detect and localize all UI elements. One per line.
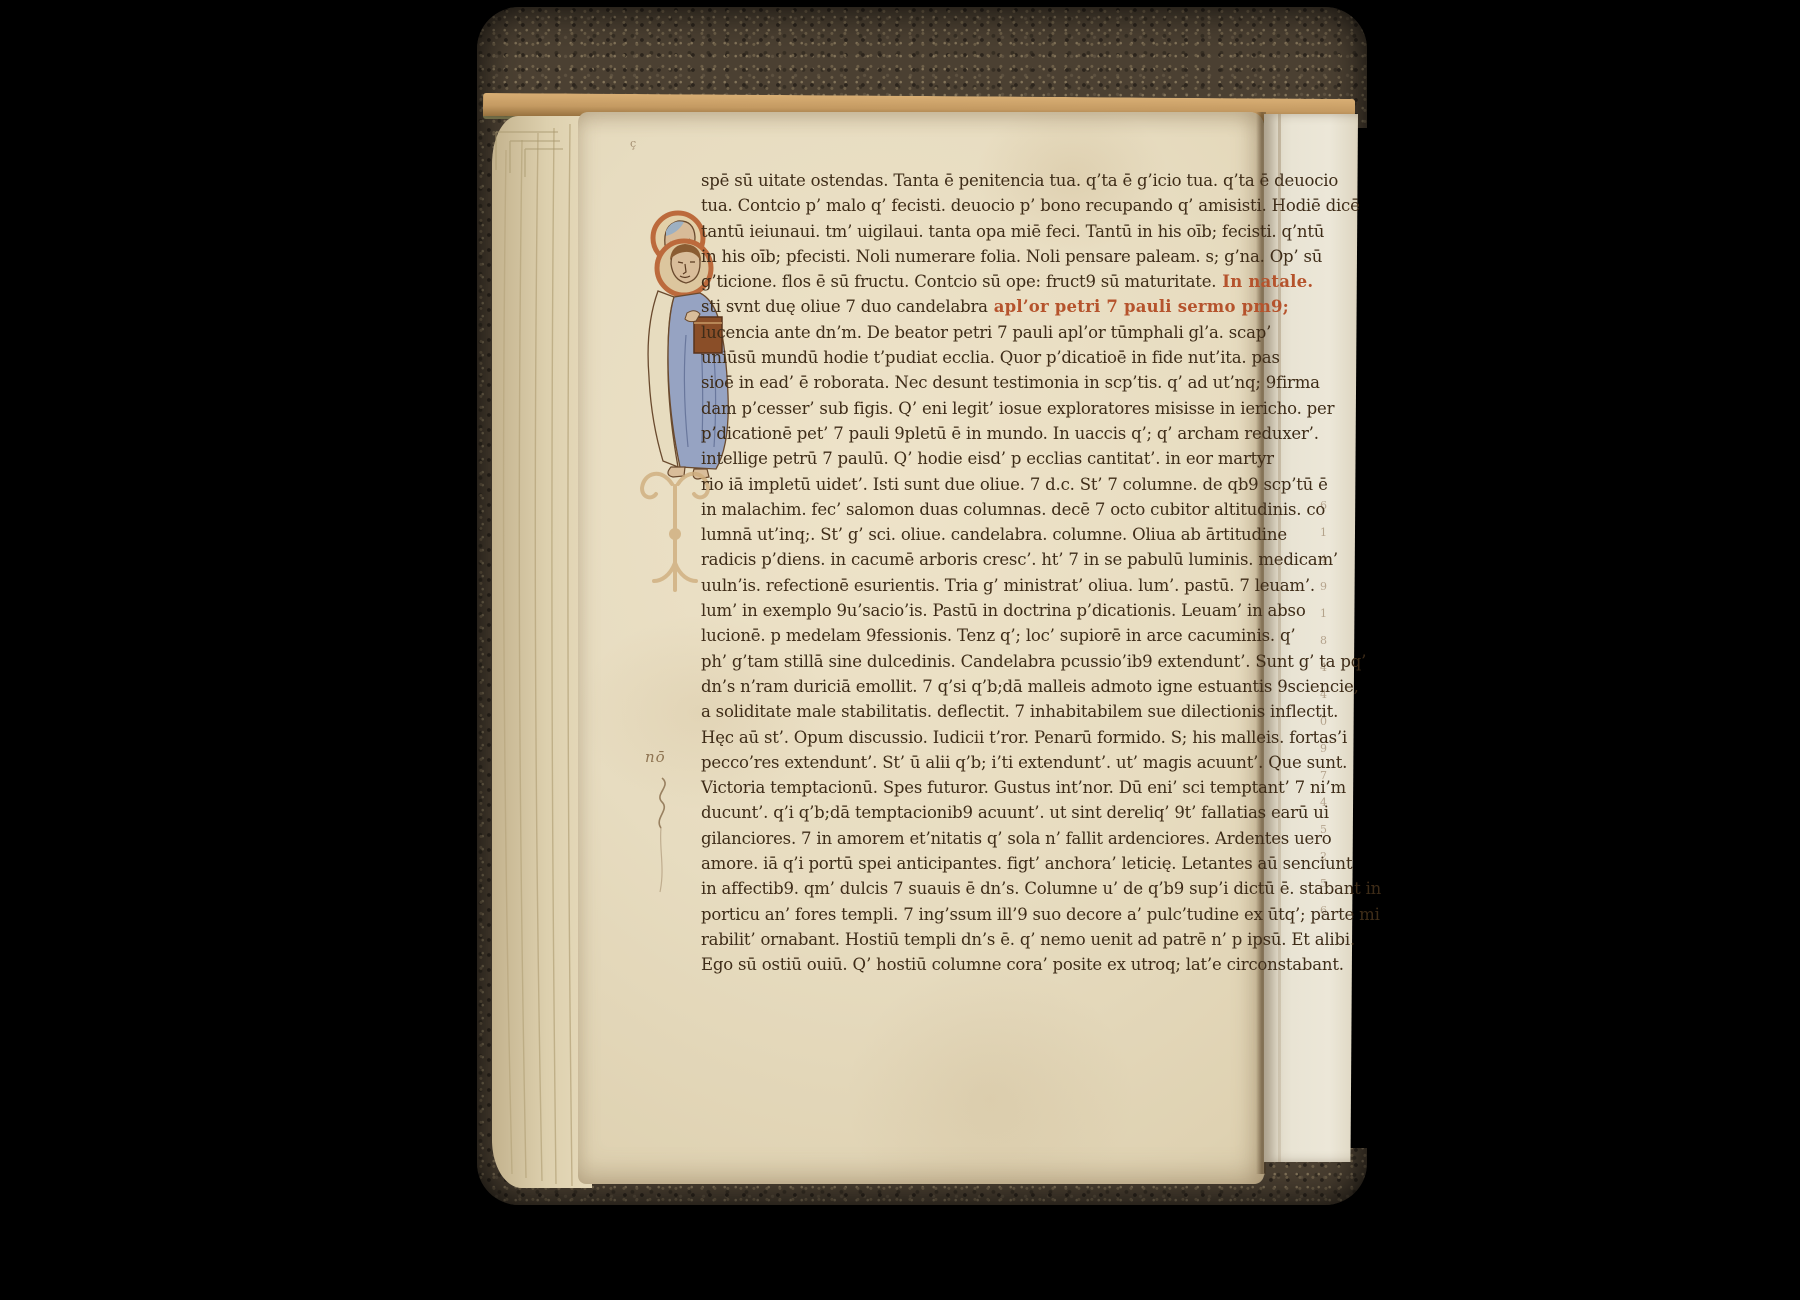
edge-glyph: 8 [1320, 635, 1327, 646]
line-ink-text: g’ticione. flos ē sū fructu. Contcio sū … [701, 272, 1216, 291]
text-line: in affectib9. qm’ dulcis 7 suauis ē dn’s… [701, 876, 1253, 901]
text-line: tantū ieiunaui. tm’ uigilaui. tanta opa … [701, 219, 1253, 244]
text-line: Hęc aū st’. Opum discussio. Iudicii t’ro… [701, 725, 1253, 750]
text-line: lucionē. p medelam 9fessionis. Tenz q’; … [701, 623, 1253, 648]
line-ink-text: dam p’cesser’ sub figis. Q’ eni legit’ i… [701, 399, 1334, 418]
text-line: radicis p’diens. in cacumē arboris cresc… [701, 547, 1253, 572]
manuscript-photo: 6149184409745256 [0, 0, 1800, 1300]
line-ink-text: Ego sū ostiū ouiū. Q’ hostiū columne cor… [701, 955, 1344, 974]
folio-fore-edge-stack [492, 116, 592, 1188]
line-ink-text: dn’s n’ram duriciā emollit. 7 q’si q’b;d… [701, 677, 1359, 696]
text-line: ph’ g’tam stillā sine dulcedinis. Candel… [701, 649, 1253, 674]
line-ink-text: spē sū uitate ostendas. Tanta ē penitenc… [701, 171, 1338, 190]
line-ink-text: lum’ in exemplo 9u’sacio’is. Pastū in do… [701, 601, 1306, 620]
text-line: lucencia ante dn’m. De beator petri 7 pa… [701, 320, 1253, 345]
line-ink-text: rabilit’ ornabant. Hostiū templi dn’s ē.… [701, 930, 1355, 949]
text-line: p’dicationē pet’ 7 pauli 9pletū ē in mun… [701, 421, 1253, 446]
line-ink-text: lucionē. p medelam 9fessionis. Tenz q’; … [701, 626, 1295, 645]
margin-squiggle-icon [650, 776, 680, 896]
line-ink-text: rio iā impletū uidet’. Isti sunt due oli… [701, 475, 1328, 494]
line-ink-text: porticu an’ fores templi. 7 ing’ssum ill… [701, 905, 1380, 924]
line-ink-text: pecco’res extendunt’. St’ ū alii q’b; i’… [701, 753, 1347, 772]
edge-glyph: 9 [1320, 581, 1327, 592]
text-line: amore. iā q’i portū spei anticipantes. f… [701, 851, 1253, 876]
line-ink-text: p’dicationē pet’ 7 pauli 9pletū ē in mun… [701, 424, 1319, 443]
line-ink-text: Hęc aū st’. Opum discussio. Iudicii t’ro… [701, 728, 1347, 747]
text-line: tua. Contcio p’ malo q’ fecisti. deuocio… [701, 193, 1253, 218]
line-ink-text: uniūsū mundū hodie t’pudiat ecclia. Quor… [701, 348, 1280, 367]
line-ink-text: radicis p’diens. in cacumē arboris cresc… [701, 550, 1338, 569]
text-line: rio iā impletū uidet’. Isti sunt due oli… [701, 472, 1253, 497]
line-ink-text: in affectib9. qm’ dulcis 7 suauis ē dn’s… [701, 879, 1381, 898]
text-line: in his oīb; pfecisti. Noli numerare foli… [701, 244, 1253, 269]
line-ink-text: intellige petrū 7 paulū. Q’ hodie eisd’ … [701, 449, 1274, 468]
rubric-text: In natale. [1216, 272, 1313, 291]
folio-edge-lines [492, 116, 592, 1188]
line-ink-text: ph’ g’tam stillā sine dulcedinis. Candel… [701, 652, 1366, 671]
text-block: spē sū uitate ostendas. Tanta ē penitenc… [701, 168, 1253, 978]
text-line: pecco’res extendunt’. St’ ū alii q’b; i’… [701, 750, 1253, 775]
text-line: g’ticione. flos ē sū fructu. Contcio sū … [701, 269, 1253, 294]
line-ink-text: tua. Contcio p’ malo q’ fecisti. deuocio… [701, 196, 1360, 215]
text-line: dn’s n’ram duriciā emollit. 7 q’si q’b;d… [701, 674, 1253, 699]
line-ink-text: amore. iā q’i portū spei anticipantes. f… [701, 854, 1352, 873]
margin-note: nō [645, 748, 666, 766]
text-line: intellige petrū 7 paulū. Q’ hodie eisd’ … [701, 446, 1253, 471]
line-ink-text: in malachim. fec’ salomon duas columnas.… [701, 500, 1325, 519]
text-line: dam p’cesser’ sub figis. Q’ eni legit’ i… [701, 396, 1253, 421]
edge-glyph: 1 [1320, 608, 1327, 619]
line-ink-text: ducunt’. q’i q’b;dā temptacionib9 acuunt… [701, 803, 1329, 822]
text-line: sti svnt duę oliue 7 duo candelabra apl’… [701, 294, 1253, 319]
edge-glyph: 1 [1320, 527, 1327, 538]
text-line: in malachim. fec’ salomon duas columnas.… [701, 497, 1253, 522]
line-ink-text: lumnā ut’inq;. St’ g’ sci. oliue. candel… [701, 525, 1287, 544]
line-ink-text: sti svnt duę oliue 7 duo candelabra [701, 297, 988, 316]
line-ink-text: gilanciores. 7 in amorem et’nitatis q’ s… [701, 829, 1332, 848]
line-ink-text: uuln’is. refectionē esurientis. Tria g’ … [701, 576, 1315, 595]
text-line: ducunt’. q’i q’b;dā temptacionib9 acuunt… [701, 800, 1253, 825]
line-ink-text: a soliditate male stabilitatis. deflecti… [701, 702, 1338, 721]
text-line: sioē in ead’ ē roborata. Nec desunt test… [701, 370, 1253, 395]
rubric-text: apl’or petri 7 pauli sermo pm9; [988, 297, 1289, 316]
quire-mark: ç [630, 137, 636, 150]
line-ink-text: tantū ieiunaui. tm’ uigilaui. tanta opa … [701, 222, 1324, 241]
text-line: lumnā ut’inq;. St’ g’ sci. oliue. candel… [701, 522, 1253, 547]
text-line: spē sū uitate ostendas. Tanta ē penitenc… [701, 168, 1253, 193]
text-line: gilanciores. 7 in amorem et’nitatis q’ s… [701, 826, 1253, 851]
text-line: porticu an’ fores templi. 7 ing’ssum ill… [701, 902, 1253, 927]
line-ink-text: sioē in ead’ ē roborata. Nec desunt test… [701, 373, 1320, 392]
line-ink-text: lucencia ante dn’m. De beator petri 7 pa… [701, 323, 1271, 342]
line-ink-text: Victoria temptacionū. Spes futuror. Gust… [701, 778, 1346, 797]
text-line: Victoria temptacionū. Spes futuror. Gust… [701, 775, 1253, 800]
line-ink-text: in his oīb; pfecisti. Noli numerare foli… [701, 247, 1322, 266]
text-line: Ego sū ostiū ouiū. Q’ hostiū columne cor… [701, 952, 1253, 977]
text-line: rabilit’ ornabant. Hostiū templi dn’s ē.… [701, 927, 1253, 952]
text-line: lum’ in exemplo 9u’sacio’is. Pastū in do… [701, 598, 1253, 623]
text-line: uniūsū mundū hodie t’pudiat ecclia. Quor… [701, 345, 1253, 370]
text-line: a soliditate male stabilitatis. deflecti… [701, 699, 1253, 724]
text-line: uuln’is. refectionē esurientis. Tria g’ … [701, 573, 1253, 598]
